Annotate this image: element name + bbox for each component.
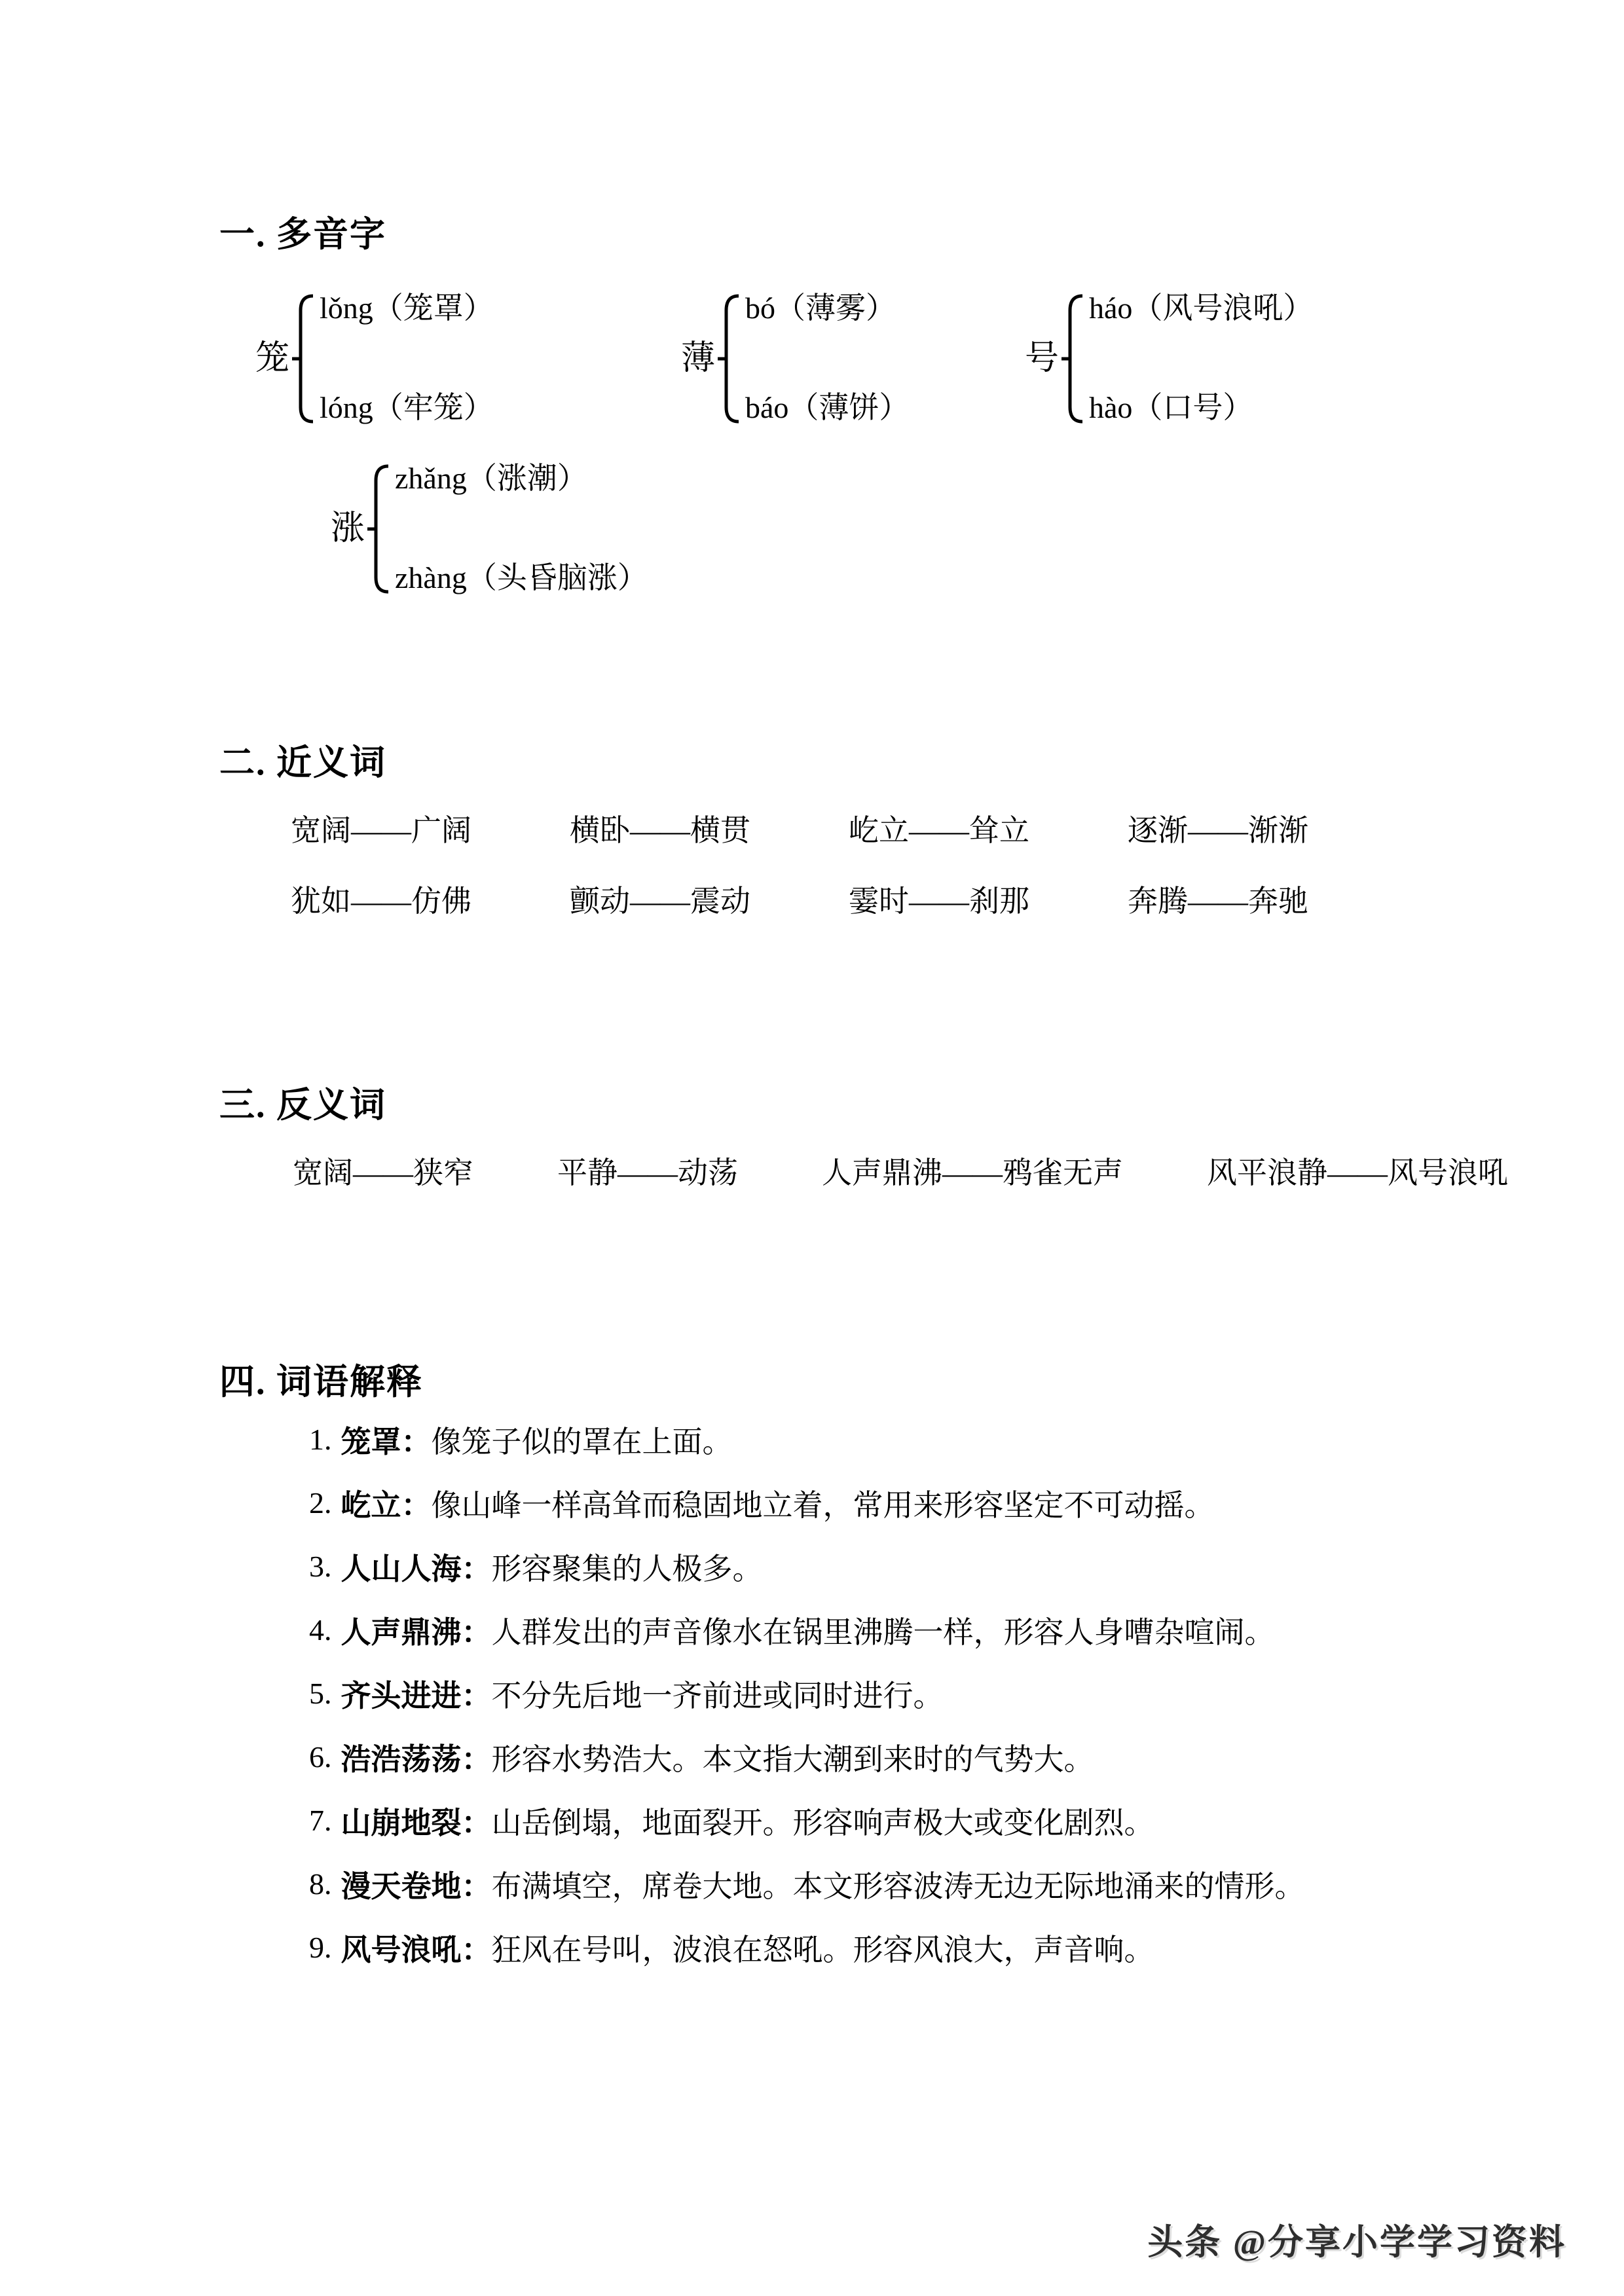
reading-line: lǒng（笼罩）: [320, 291, 494, 326]
polyphonic-group: 薄 bó（薄雾） báo（薄饼）: [681, 291, 909, 426]
definition-text: 山岳倒塌，地面裂开。形容响声极大或变化剧烈。: [492, 1799, 1154, 1842]
antonym-pair: 风平浪静——风号浪吼: [1207, 1149, 1508, 1192]
group-char: 涨: [331, 512, 365, 546]
definition-text: 像山峰一样高耸而稳固地立着，常用来形容坚定不可动摇。: [432, 1482, 1215, 1525]
definition-item: 9. 风号浪吼： 狂风在号叫，波浪在怒吼。形容风浪大，声音响。: [309, 1916, 1305, 1979]
antonym-pair: 平静——动荡: [557, 1149, 738, 1192]
antonym-pair: 宽阔——狭窄: [293, 1149, 473, 1192]
group-char: 薄: [681, 342, 715, 376]
reading-line: háo（风号浪吼）: [1089, 291, 1313, 326]
definition-number: 2.: [309, 1485, 332, 1520]
definition-number: 3.: [309, 1549, 332, 1584]
synonym-row: 宽阔——广阔 横卧——横贯 屹立——耸立 逐渐——渐渐: [291, 807, 1308, 850]
synonym-pair: 颤动——震动: [570, 877, 750, 920]
definition-term: 风号浪吼：: [341, 1926, 492, 1969]
polyphonic-group: 涨 zhǎng（涨潮） zhàng（头昏脑涨）: [331, 462, 648, 596]
brace-icon: [366, 464, 390, 594]
synonym-pair: 奔腾——奔驰: [1128, 877, 1308, 920]
definition-number: 5.: [309, 1676, 332, 1711]
reading-line: hào（口号）: [1089, 391, 1313, 426]
synonym-pair: 屹立——耸立: [849, 807, 1029, 850]
definition-item: 4. 人声鼎沸： 人群发出的声音像水在锅里沸腾一样，形容人身嘈杂喧闹。: [309, 1598, 1305, 1662]
reading-line: bó（薄雾）: [745, 291, 909, 326]
antonym-pair: 人声鼎沸——鸦雀无声: [822, 1149, 1123, 1192]
section-1-heading: 一. 多音字: [219, 206, 386, 257]
definition-item: 6. 浩浩荡荡： 形容水势浩大。本文指大潮到来时的气势大。: [309, 1725, 1305, 1789]
definition-term: 齐头进进：: [341, 1672, 492, 1715]
synonym-pair: 横卧——横贯: [570, 807, 750, 850]
definition-number: 6.: [309, 1740, 332, 1774]
definition-text: 形容聚集的人极多。: [492, 1545, 763, 1588]
definition-item: 3. 人山人海： 形容聚集的人极多。: [309, 1535, 1305, 1598]
definition-item: 1. 笼罩： 像笼子似的罩在上面。: [309, 1408, 1305, 1471]
definition-number: 7.: [309, 1803, 332, 1838]
definition-term: 笼罩：: [341, 1418, 432, 1461]
definition-term: 屹立：: [341, 1482, 432, 1525]
definition-item: 2. 屹立： 像山峰一样高耸而稳固地立着，常用来形容坚定不可动摇。: [309, 1471, 1305, 1535]
definition-item: 8. 漫天卷地： 布满填空，席卷大地。本文形容波涛无边无际地涌来的情形。: [309, 1852, 1305, 1916]
definition-text: 像笼子似的罩在上面。: [432, 1418, 733, 1461]
reading-line: zhàng（头昏脑涨）: [395, 561, 648, 596]
definition-term: 山崩地裂：: [341, 1799, 492, 1842]
section-3-heading: 三. 反义词: [219, 1077, 386, 1127]
definition-text: 形容水势浩大。本文指大潮到来时的气势大。: [492, 1736, 1094, 1779]
definition-text: 狂风在号叫，波浪在怒吼。形容风浪大，声音响。: [492, 1926, 1154, 1969]
definition-term: 人山人海：: [341, 1545, 492, 1588]
brace-icon: [716, 293, 740, 424]
polyphonic-group: 号 háo（风号浪吼） hào（口号）: [1025, 291, 1313, 426]
synonym-pair: 犹如——仿佛: [291, 877, 471, 920]
antonym-row: 宽阔——狭窄 平静——动荡 人声鼎沸——鸦雀无声 风平浪静——风号浪吼: [293, 1149, 1508, 1192]
definition-item: 7. 山崩地裂： 山岳倒塌，地面裂开。形容响声极大或变化剧烈。: [309, 1789, 1305, 1852]
reading-line: lóng（牢笼）: [320, 391, 494, 426]
definition-term: 漫天卷地：: [341, 1863, 492, 1906]
section-2-heading: 二. 近义词: [219, 735, 386, 785]
synonym-row: 犹如——仿佛 颤动——震动 霎时——刹那 奔腾——奔驰: [291, 877, 1308, 920]
definition-number: 4.: [309, 1613, 332, 1647]
section-4-heading: 四. 词语解释: [219, 1354, 423, 1404]
brace-icon: [1060, 293, 1084, 424]
polyphonic-group: 笼 lǒng（笼罩） lóng（牢笼）: [255, 291, 494, 426]
definition-text: 布满填空，席卷大地。本文形容波涛无边无际地涌来的情形。: [492, 1863, 1305, 1906]
definitions-list: 1. 笼罩： 像笼子似的罩在上面。 2. 屹立： 像山峰一样高耸而稳固地立着，常…: [309, 1408, 1305, 1979]
synonym-pair: 霎时——刹那: [849, 877, 1029, 920]
group-char: 号: [1025, 342, 1059, 376]
definition-number: 9.: [309, 1930, 332, 1965]
worksheet-page: 一. 多音字 笼 lǒng（笼罩） lóng（牢笼） 薄 bó（薄雾） báo（…: [0, 0, 1624, 2296]
synonym-pair: 逐渐——渐渐: [1128, 807, 1308, 850]
definition-text: 不分先后地一齐前进或同时进行。: [492, 1672, 944, 1715]
definition-term: 人声鼎沸：: [341, 1609, 492, 1652]
definition-number: 8.: [309, 1867, 332, 1901]
brace-icon: [291, 293, 314, 424]
watermark: 头条 @分享小学学习资料: [1147, 2214, 1566, 2265]
reading-line: zhǎng（涨潮）: [395, 462, 648, 496]
definition-number: 1.: [309, 1422, 332, 1457]
group-char: 笼: [255, 342, 289, 376]
definition-item: 5. 齐头进进： 不分先后地一齐前进或同时进行。: [309, 1662, 1305, 1725]
reading-line: báo（薄饼）: [745, 391, 909, 426]
definition-term: 浩浩荡荡：: [341, 1736, 492, 1779]
synonym-pair: 宽阔——广阔: [291, 807, 471, 850]
definition-text: 人群发出的声音像水在锅里沸腾一样，形容人身嘈杂喧闹。: [492, 1609, 1275, 1652]
